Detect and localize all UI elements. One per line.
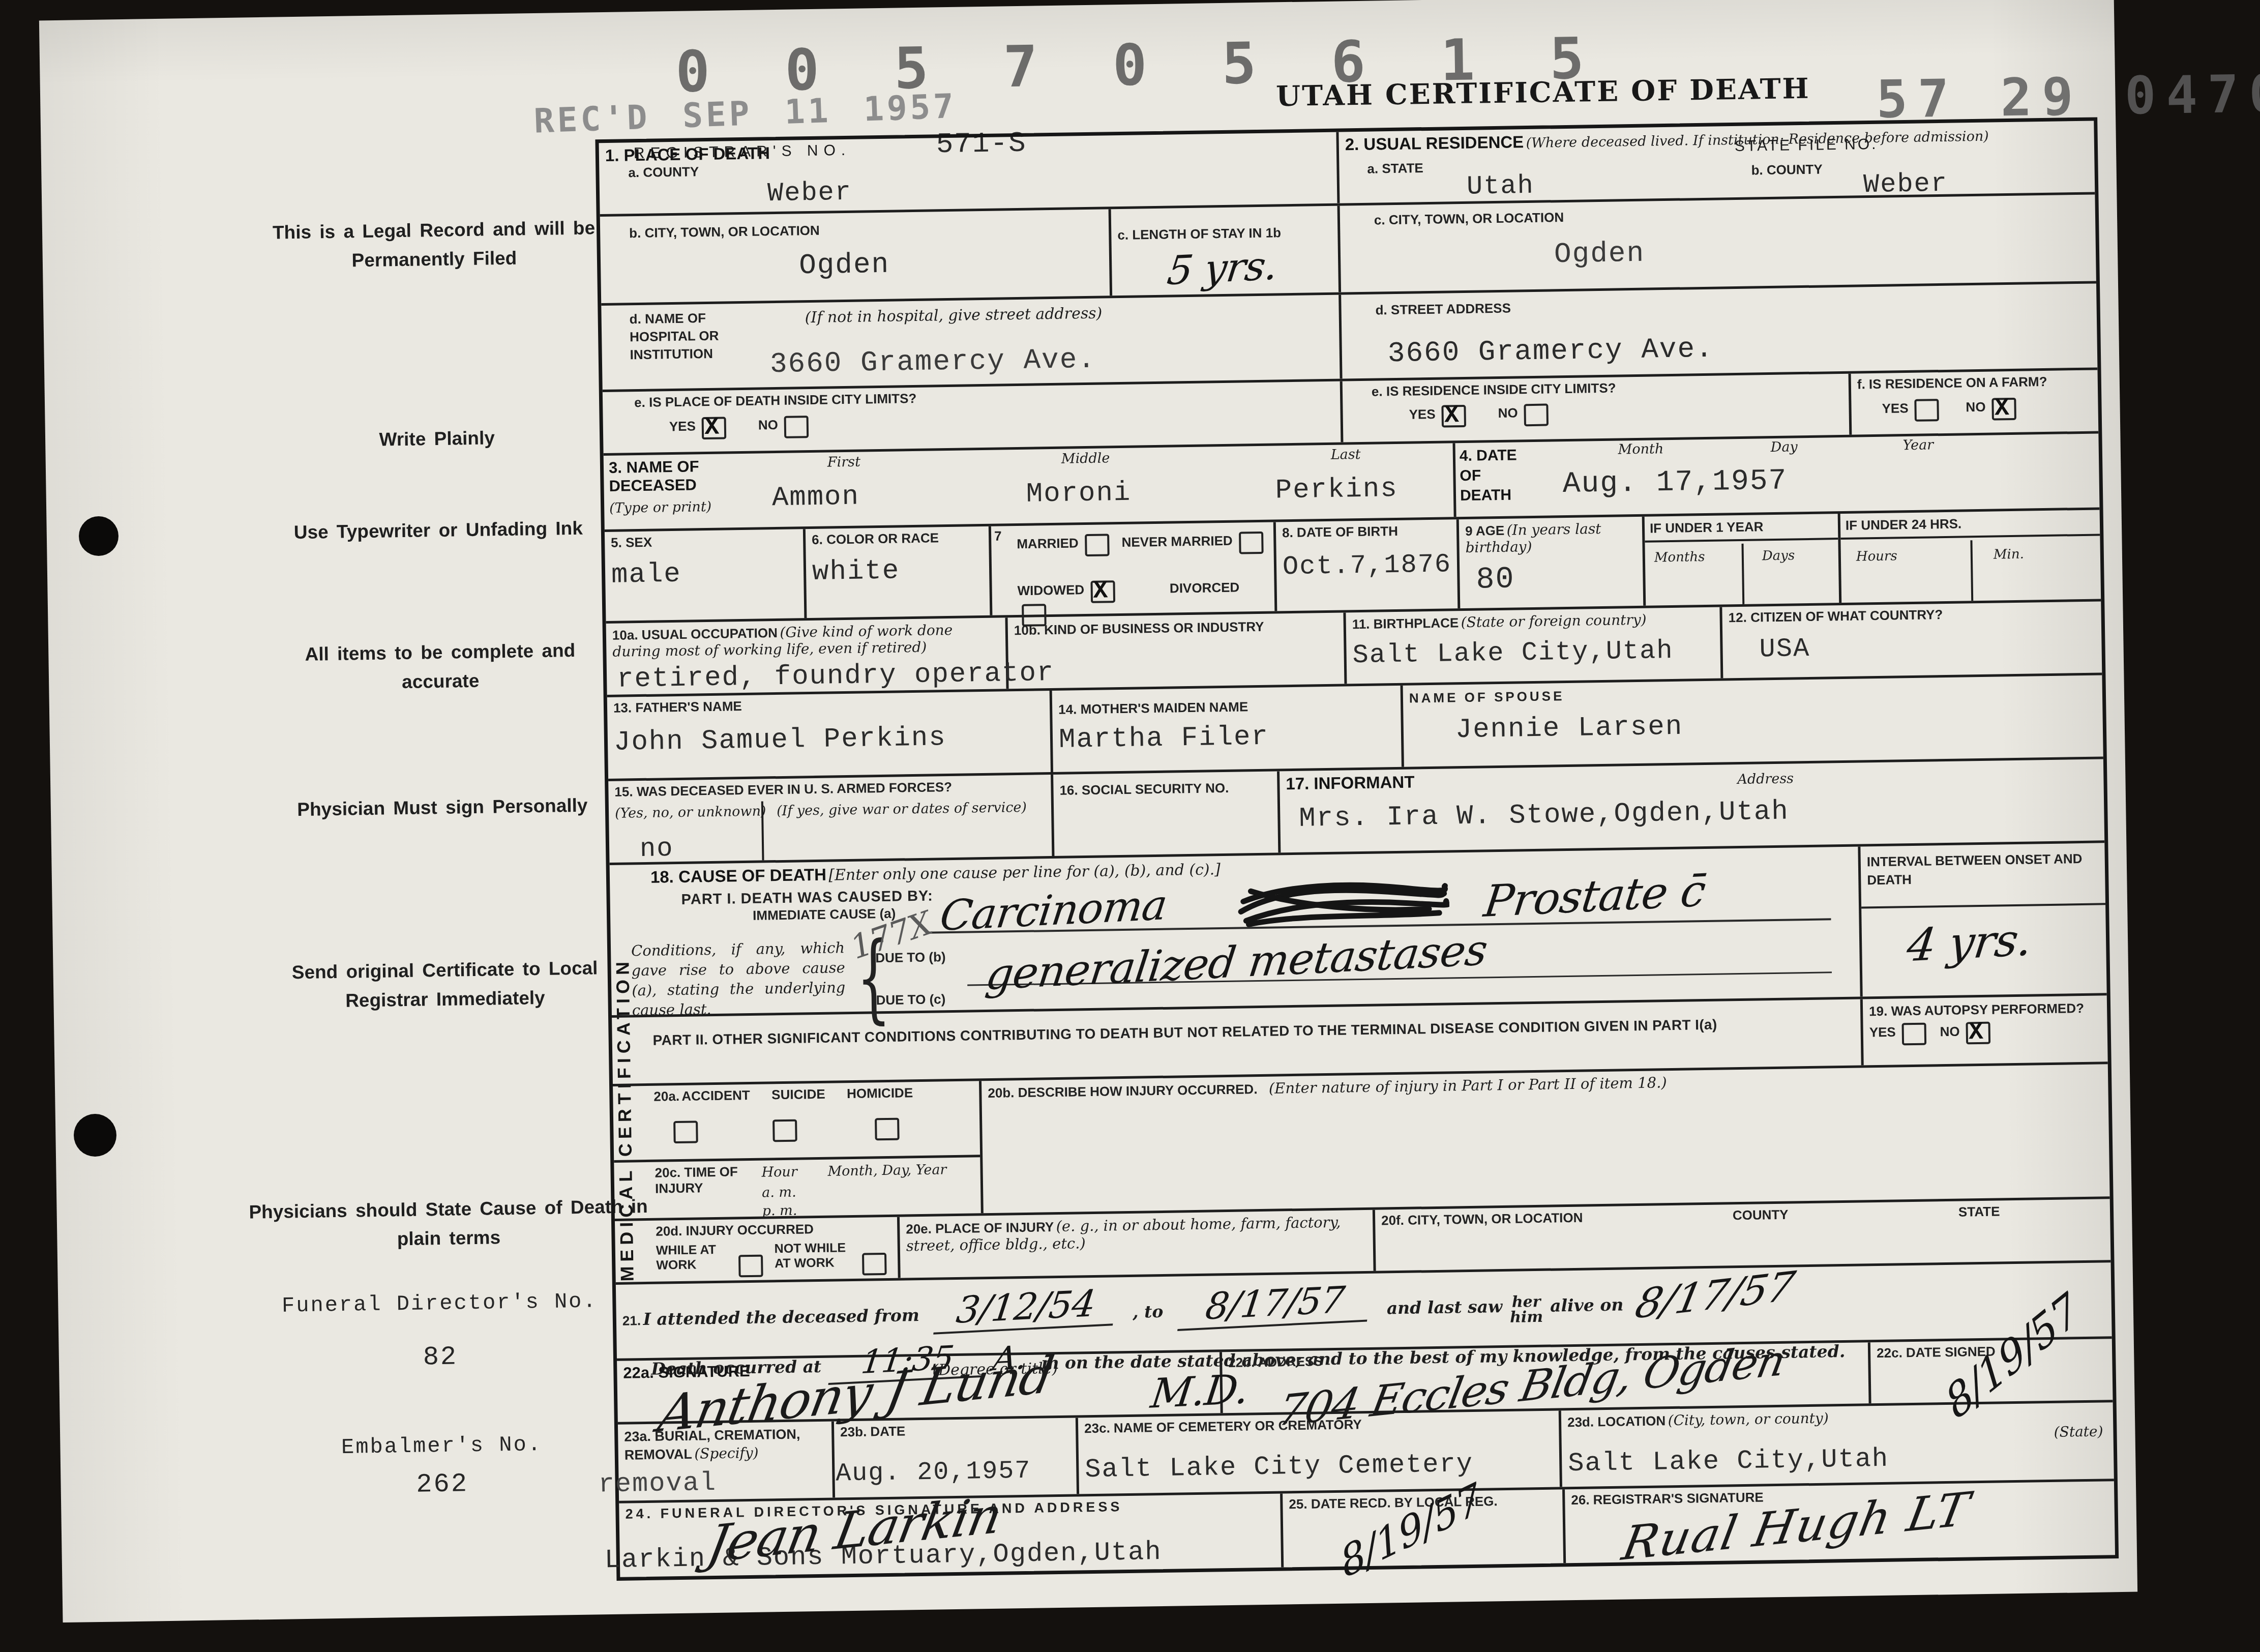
mother-value: Martha Filer <box>1059 720 1395 756</box>
burial-date-value: Aug. 20,1957 <box>836 1456 1070 1489</box>
part2-label: PART II. OTHER SIGNIFICANT CONDITIONS CO… <box>653 1015 1855 1049</box>
field-20e-place-of-injury: 20e. PLACE OF INJURY (e. g., in or about… <box>900 1210 1376 1278</box>
cemetery-value: Salt Lake City Cemetery <box>1085 1448 1554 1485</box>
field-20a-accident: 20a. ACCIDENT SUICIDE HOMICIDE <box>613 1081 980 1163</box>
left-injury-stack: 20a. ACCIDENT SUICIDE HOMICIDE 20c. TIME… <box>613 1081 984 1219</box>
location-state-note: (State) <box>2054 1423 2103 1440</box>
place-limits-no-label: NO <box>758 417 778 433</box>
field-22a-signature: 22a. SIGNATURE (Degree or title) Anthony… <box>617 1352 1223 1422</box>
residence-state-label: a. STATE <box>1367 160 1423 177</box>
widowed-checkbox: X <box>1090 580 1115 603</box>
months-header: Months <box>1654 549 1705 565</box>
divorced-label: DIVORCED <box>1170 580 1240 596</box>
field-spouse: NAME OF SPOUSE Jennie Larsen <box>1403 675 2103 766</box>
field-6-color-race: 6. COLOR OR RACE white <box>806 526 993 618</box>
under24-divider <box>1970 540 1973 601</box>
field-23b-date: 23b. DATE Aug. 20,1957 <box>834 1418 1079 1497</box>
never-married-checkbox <box>1239 532 1264 554</box>
field-14-mother: 14. MOTHER'S MAIDEN NAME Martha Filer <box>1052 686 1404 772</box>
due-to-c-label: DUE TO (c) <box>876 991 945 1008</box>
marital-num: 7 <box>994 528 1002 544</box>
attended-num: 21. <box>622 1313 641 1329</box>
place-limits-no-checkbox <box>784 416 809 438</box>
scanned-death-certificate: { "header": { "serial": "0 0 5 7 0 5 6 1… <box>0 0 2260 1652</box>
dod-month-header: Month <box>1618 441 1663 457</box>
farm-yes-checkbox <box>1915 399 1940 422</box>
farm-label: f. IS RESIDENCE ON A FARM? <box>1857 373 2092 393</box>
autopsy-yes-checkbox <box>1902 1023 1927 1046</box>
embalmer-no-value: 262 <box>228 1466 656 1502</box>
age-label: 9 AGE <box>1465 523 1504 539</box>
not-while-checkbox <box>862 1253 887 1276</box>
field-9-under-24-hrs: IF UNDER 24 HRS. Hours Min. <box>1840 510 2101 603</box>
field-9-under-1-year: IF UNDER 1 YEAR Months Days <box>1645 514 1842 606</box>
homicide-label: HOMICIDE <box>847 1085 913 1101</box>
father-label: 13. FATHER'S NAME <box>613 694 1044 716</box>
suicide-checkbox <box>773 1119 798 1142</box>
field-15-armed-forces: 15. WAS DECEASED EVER IN U. S. ARMED FOR… <box>608 775 1054 863</box>
suicide-label: SUICIDE <box>771 1086 825 1103</box>
father-value: John Samuel Perkins <box>614 721 1045 758</box>
injury-county-label: COUNTY <box>1733 1207 1789 1223</box>
field-12-citizen: 12. CITIZEN OF WHAT COUNTRY? USA <box>1722 601 2102 678</box>
injury-occurred-label: 20d. INJURY OCCURRED <box>656 1220 891 1240</box>
field-5-sex: 5. SEX male <box>605 529 807 621</box>
armed-forces-label: 15. WAS DECEASED EVER IN U. S. ARMED FOR… <box>614 778 1045 800</box>
min-header: Min. <box>1994 547 2024 563</box>
cause-title: 18. CAUSE OF DEATH <box>650 865 826 887</box>
location-value: Salt Lake City,Utah <box>1568 1440 2108 1479</box>
attended-aliveon: alive on <box>1550 1294 1624 1315</box>
describe-injury-note: (Enter nature of injury in Part I or Par… <box>1269 1074 1667 1097</box>
row-accident-describe: 20a. ACCIDENT SUICIDE HOMICIDE 20c. TIME… <box>613 1064 2110 1219</box>
field-4-date-of-death: 4. DATE OF DEATH Month Day Year Aug. 17,… <box>1455 433 2099 517</box>
field-11-birthplace: 11. BIRTHPLACE (State or foreign country… <box>1346 607 1723 684</box>
age-value: 80 <box>1476 560 1637 598</box>
cause-a-value-2: Prostate c̄ <box>1481 865 1708 927</box>
farm-yes-label: YES <box>1882 400 1908 416</box>
time-injury-label: 20c. TIME OF INJURY <box>655 1164 747 1197</box>
certificate-form: MEDICAL CERTIFICATION 1. PLACE OF DEATH … <box>595 117 2119 1581</box>
margin-note-write-plainly: Write Plainly <box>259 422 615 456</box>
under1-divider <box>1741 544 1744 604</box>
field-1c-length-of-stay: c. LENGTH OF STAY IN 1b 5 yrs. <box>1111 206 1341 296</box>
field-1-place-of-death: 1. PLACE OF DEATH a. COUNTY Weber <box>599 132 1340 215</box>
usual-residence-note: (Where deceased lived. If institution: R… <box>1526 129 1989 151</box>
married-checkbox <box>1085 534 1110 556</box>
autopsy-yes-label: YES <box>1869 1024 1896 1040</box>
color-race-label: 6. COLOR OR RACE <box>812 529 983 548</box>
birthplace-value: Salt Lake City,Utah <box>1352 635 1714 671</box>
field-2e-residence-limits: e. IS RESIDENCE INSIDE CITY LIMITS? YES … <box>1343 374 1852 442</box>
autopsy-no-checkbox: X <box>1966 1022 1991 1045</box>
hospital-note: (If not in hospital, give street address… <box>805 304 1102 327</box>
field-10a-occupation: 10a. USUAL OCCUPATION (Give kind of work… <box>606 617 1009 695</box>
burial-value: removal <box>598 1468 717 1499</box>
hours-header: Hours <box>1856 548 1897 564</box>
describe-injury-label: 20b. DESCRIBE HOW INJURY OCCURRED. <box>988 1081 1258 1101</box>
attended-to-word: , to <box>1133 1302 1164 1322</box>
burial-date-label: 23b. DATE <box>840 1421 1069 1440</box>
length-of-stay-label: c. LENGTH OF STAY IN 1b <box>1117 224 1331 243</box>
embalmer-no-label: Embalmer's No. <box>228 1431 656 1461</box>
autopsy-no-mark: X <box>1969 1019 1984 1046</box>
occupation-label: 10a. USUAL OCCUPATION <box>612 625 778 643</box>
field-20b-describe: 20b. DESCRIBE HOW INJURY OCCURRED. (Ente… <box>982 1064 2110 1213</box>
attended-text-1: I attended the deceased from <box>643 1305 919 1329</box>
field-2f-farm: f. IS RESIDENCE ON A FARM? YES NO X <box>1851 370 2099 434</box>
burial-note: (Specify) <box>694 1444 759 1462</box>
place-limits-yes-checkbox: X <box>702 417 727 439</box>
hospital-label: d. NAME OF HOSPITAL OR INSTITUTION <box>629 308 762 364</box>
residence-limits-yes-mark: X <box>1444 402 1460 429</box>
industry-label: 10b. KIND OF BUSINESS OR INDUSTRY <box>1014 618 1337 638</box>
autopsy-label: 19. WAS AUTOPSY PERFORMED? <box>1869 999 2101 1021</box>
widowed-label: WIDOWED <box>1017 582 1084 598</box>
first-name-value: Ammon <box>771 482 859 514</box>
received-date-stamp: REC'D SEP 11 1957 <box>533 86 958 141</box>
cause-b-value: generalized metastases <box>983 925 1490 999</box>
field-9-age: 9 AGE (In years last birthday) 80 <box>1459 517 1646 608</box>
hole-punch-bottom <box>74 1114 116 1157</box>
field-2c-city: c. CITY, TOWN, OR LOCATION Ogden <box>1340 195 2096 292</box>
field-3-name-of-deceased: 3. NAME OF DECEASED (Type or print) Firs… <box>604 443 1456 529</box>
interval-label: INTERVAL BETWEEN ONSET AND DEATH <box>1867 849 2099 890</box>
informant-label: 17. INFORMANT <box>1286 772 1415 793</box>
field-17-informant: 17. INFORMANT Address Mrs. Ira W. Stowe,… <box>1280 759 2104 852</box>
spouse-label: NAME OF SPOUSE <box>1409 681 2096 706</box>
name-deceased-note: (Type or print) <box>609 499 711 516</box>
city-label: b. CITY, TOWN, OR LOCATION <box>629 218 1103 241</box>
usual-residence-title: 2. USUAL RESIDENCE <box>1345 132 1524 154</box>
place-injury-label: 20e. PLACE OF INJURY <box>906 1219 1054 1236</box>
time-injury-mdy: Month, Day, Year <box>827 1162 946 1179</box>
field-8-date-of-birth: 8. DATE OF BIRTH Oct.7,1876 <box>1276 519 1461 611</box>
birthplace-note: (State or foreign country) <box>1461 611 1646 631</box>
field-10b-industry: 10b. KIND OF BUSINESS OR INDUSTRY <box>1007 612 1347 689</box>
funeral-director-no-value: 82 <box>227 1339 655 1375</box>
date-of-death-value: Aug. 17,1957 <box>1562 465 1788 501</box>
time-injury-hour: Hour <box>761 1164 797 1181</box>
dod-year-header: Year <box>1902 437 1934 453</box>
field-24-funeral-director: 24. FUNERAL DIRECTOR'S SIGNATURE AND ADD… <box>619 1493 1284 1577</box>
field-1b-city: b. CITY, TOWN, OR LOCATION Ogden <box>600 209 1112 303</box>
informant-value: Mrs. Ira W. Stowe,Ogden,Utah <box>1299 792 2098 835</box>
field-22b-address: 22b. ADDRESS M.D. 704 Eccles Bldg, Ogden <box>1222 1342 1871 1413</box>
farm-no-mark: X <box>1995 395 2010 422</box>
homicide-checkbox <box>875 1118 900 1141</box>
place-limits-yes-label: YES <box>669 419 696 434</box>
field-2d-street-address: d. STREET ADDRESS 3660 Gramercy Ave. <box>1341 283 2097 378</box>
attended-lastsaw: and last saw <box>1387 1296 1503 1318</box>
attended-to-date: 8/17/57 <box>1177 1277 1373 1331</box>
autopsy-no-label: NO <box>1940 1023 1959 1039</box>
hospital-value: 3660 Gramercy Ave. <box>770 343 1096 381</box>
citizen-value: USA <box>1759 630 2096 665</box>
cause-bracket-note: [Enter only one cause per line for (a), … <box>828 861 1221 884</box>
accident-num: 20a. <box>653 1088 679 1104</box>
field-7-marital-status: 7 MARRIED NEVER MARRIED WIDOWED X DIVORC… <box>991 522 1277 615</box>
residence-limits-no-checkbox <box>1524 403 1549 426</box>
mother-label: 14. MOTHER'S MAIDEN NAME <box>1058 697 1394 718</box>
place-limits-yes-mark: X <box>704 414 720 441</box>
armed-forces-note1: (Yes, no, or unknown) <box>615 803 766 821</box>
margin-note-typewriter: Use Typewriter or Unfading Ink <box>250 513 627 547</box>
field-20d-injury-occurred: 20d. INJURY OCCURRED WHILE AT WORK NOT W… <box>615 1217 901 1282</box>
time-injury-am: a. m. <box>762 1185 796 1201</box>
interval-rule <box>1861 903 2105 908</box>
street-address-label: d. STREET ADDRESS <box>1375 292 2090 318</box>
county-value: Weber <box>767 178 852 209</box>
interval-value: 4 yrs. <box>1904 913 2035 971</box>
dob-value: Oct.7,1876 <box>1283 549 1451 582</box>
date-of-death-label: 4. DATE OF DEATH <box>1460 445 1537 506</box>
residence-limits-no-label: NO <box>1498 405 1518 421</box>
attended-from-date: 3/12/54 <box>934 1281 1118 1335</box>
field-1d-hospital: d. NAME OF HOSPITAL OR INSTITUTION (If n… <box>601 295 1342 390</box>
residence-county-value: Weber <box>1863 169 1948 200</box>
residence-limits-yes-checkbox: X <box>1442 405 1467 428</box>
married-label: MARRIED <box>1017 535 1079 551</box>
accident-checkbox <box>673 1120 698 1143</box>
him-option: him <box>1510 1310 1543 1325</box>
armed-forces-note2: (If yes, give war or dates of service) <box>777 800 1027 819</box>
farm-no-label: NO <box>1966 399 1985 415</box>
dod-day-header: Day <box>1770 439 1797 455</box>
last-name-value: Perkins <box>1275 474 1398 507</box>
field-18-cause-of-death: 18. CAUSE OF DEATH [Enter only one cause… <box>610 846 1863 1015</box>
margin-note-complete-accurate: All items to be complete and accurate <box>262 635 619 699</box>
accident-label: ACCIDENT <box>681 1087 750 1104</box>
field-23d-location: 23d. LOCATION (City, town, or county) (S… <box>1561 1402 2114 1487</box>
under-1-year-label: IF UNDER 1 YEAR <box>1645 514 1838 543</box>
field-interval-onset-death: INTERVAL BETWEEN ONSET AND DEATH 4 yrs. <box>1860 843 2106 996</box>
field-2-usual-residence: 2. USUAL RESIDENCE (Where deceased lived… <box>1339 121 2095 203</box>
name-deceased-title: 3. NAME OF DECEASED <box>609 457 741 495</box>
physician-md: M.D. <box>1148 1365 1252 1418</box>
under-24-label: IF UNDER 24 HRS. <box>1840 510 2100 540</box>
color-race-value: white <box>812 554 984 588</box>
street-address-value: 3660 Gramercy Ave. <box>1387 333 1714 370</box>
occupation-value: retired, foundry operator <box>617 658 1055 695</box>
residence-county-label: b. COUNTY <box>1751 161 1823 178</box>
conditions-note: Conditions, if any, which gave rise to a… <box>631 938 846 1021</box>
never-married-label: NEVER MARRIED <box>1121 533 1233 550</box>
armed-forces-value: no <box>640 834 674 864</box>
residence-city-value: Ogden <box>1554 237 1645 271</box>
first-name-header: First <box>827 454 860 470</box>
margin-note-legal-record: This is a Legal Record and will be Perma… <box>256 213 613 277</box>
residence-limits-yes-label: YES <box>1409 406 1435 422</box>
alive-date: 8/17/57 <box>1631 1262 1798 1328</box>
residence-limits-label: e. IS RESIDENCE INSIDE CITY LIMITS? <box>1372 377 1842 400</box>
spouse-value: Jennie Larsen <box>1455 705 2097 746</box>
funeral-director-no-label: Funeral Director's No. <box>226 1288 653 1319</box>
not-while-label: NOT WHILE AT WORK <box>775 1241 856 1271</box>
certificate-paper: 0 0 5 7 0 5 6 1 5 REC'D SEP 11 1957 REGI… <box>39 0 2137 1622</box>
field-1e-city-limits: e. IS PLACE OF DEATH INSIDE CITY LIMITS?… <box>603 381 1344 453</box>
middle-name-value: Moroni <box>1026 478 1131 510</box>
ssn-label: 16. SOCIAL SECURITY NO. <box>1059 780 1271 799</box>
field-20c-time-of-injury: 20c. TIME OF INJURY Hour a. m. p. m. Mon… <box>614 1157 981 1219</box>
citizen-label: 12. CITIZEN OF WHAT COUNTRY? <box>1728 605 2095 626</box>
margin-note-physician-sign: Physician Must sign Personally <box>264 790 621 825</box>
hole-punch-top <box>79 516 118 556</box>
informant-address-label: Address <box>1737 771 1794 787</box>
farm-no-checkbox: X <box>1992 398 2017 421</box>
sex-label: 5. SEX <box>611 532 797 550</box>
residence-city-label: c. CITY, TOWN, OR LOCATION <box>1374 202 2089 228</box>
dob-label: 8. DATE OF BIRTH <box>1282 522 1450 541</box>
days-header: Days <box>1762 548 1795 564</box>
sex-value: male <box>611 557 798 591</box>
location-note: (City, town, or county) <box>1668 1410 1829 1429</box>
location-label: 23d. LOCATION <box>1567 1413 1666 1430</box>
field-20f-city-county-state: 20f. CITY, TOWN, OR LOCATION COUNTY STAT… <box>1375 1199 2111 1271</box>
margin-note-plain-terms: Physicians should State Cause of Death i… <box>245 1192 652 1256</box>
field-26-registrar-signature: 26. REGISTRAR'S SIGNATURE Rual Hugh LT <box>1565 1481 2115 1563</box>
while-at-work-checkbox <box>738 1254 763 1277</box>
row-cause-of-death: 18. CAUSE OF DEATH [Enter only one cause… <box>610 843 2107 1018</box>
length-of-stay-value: 5 yrs. <box>1165 243 1280 294</box>
field-16-ssn: 16. SOCIAL SECURITY NO. <box>1053 771 1281 856</box>
middle-name-header: Middle <box>1061 450 1110 466</box>
while-at-work-label: WHILE AT WORK <box>656 1242 733 1273</box>
field-22c-date-signed: 22c. DATE SIGNED 8/19/57 <box>1870 1339 2113 1403</box>
ink-scribble <box>1235 873 1450 932</box>
city-value: Ogden <box>799 248 890 282</box>
widowed-mark: X <box>1093 577 1108 605</box>
birthplace-label: 11. BIRTHPLACE <box>1352 615 1459 632</box>
last-name-header: Last <box>1331 447 1361 463</box>
field-25-date-received: 25. DATE RECD. BY LOCAL REG. 8/19/57 <box>1283 1489 1566 1567</box>
field-19-autopsy: 19. WAS AUTOPSY PERFORMED? YES NO X <box>1863 995 2108 1065</box>
field-13-father: 13. FATHER'S NAME John Samuel Perkins <box>607 691 1053 779</box>
injury-state-label: STATE <box>1958 1204 2000 1220</box>
injury-city-label: 20f. CITY, TOWN, OR LOCATION <box>1381 1210 1583 1228</box>
her-him-stack: her him <box>1509 1294 1543 1325</box>
her-option: her <box>1509 1294 1542 1310</box>
margin-note-send-original: Send original Certificate to Local Regis… <box>277 953 613 1016</box>
residence-state-value: Utah <box>1467 171 1535 202</box>
